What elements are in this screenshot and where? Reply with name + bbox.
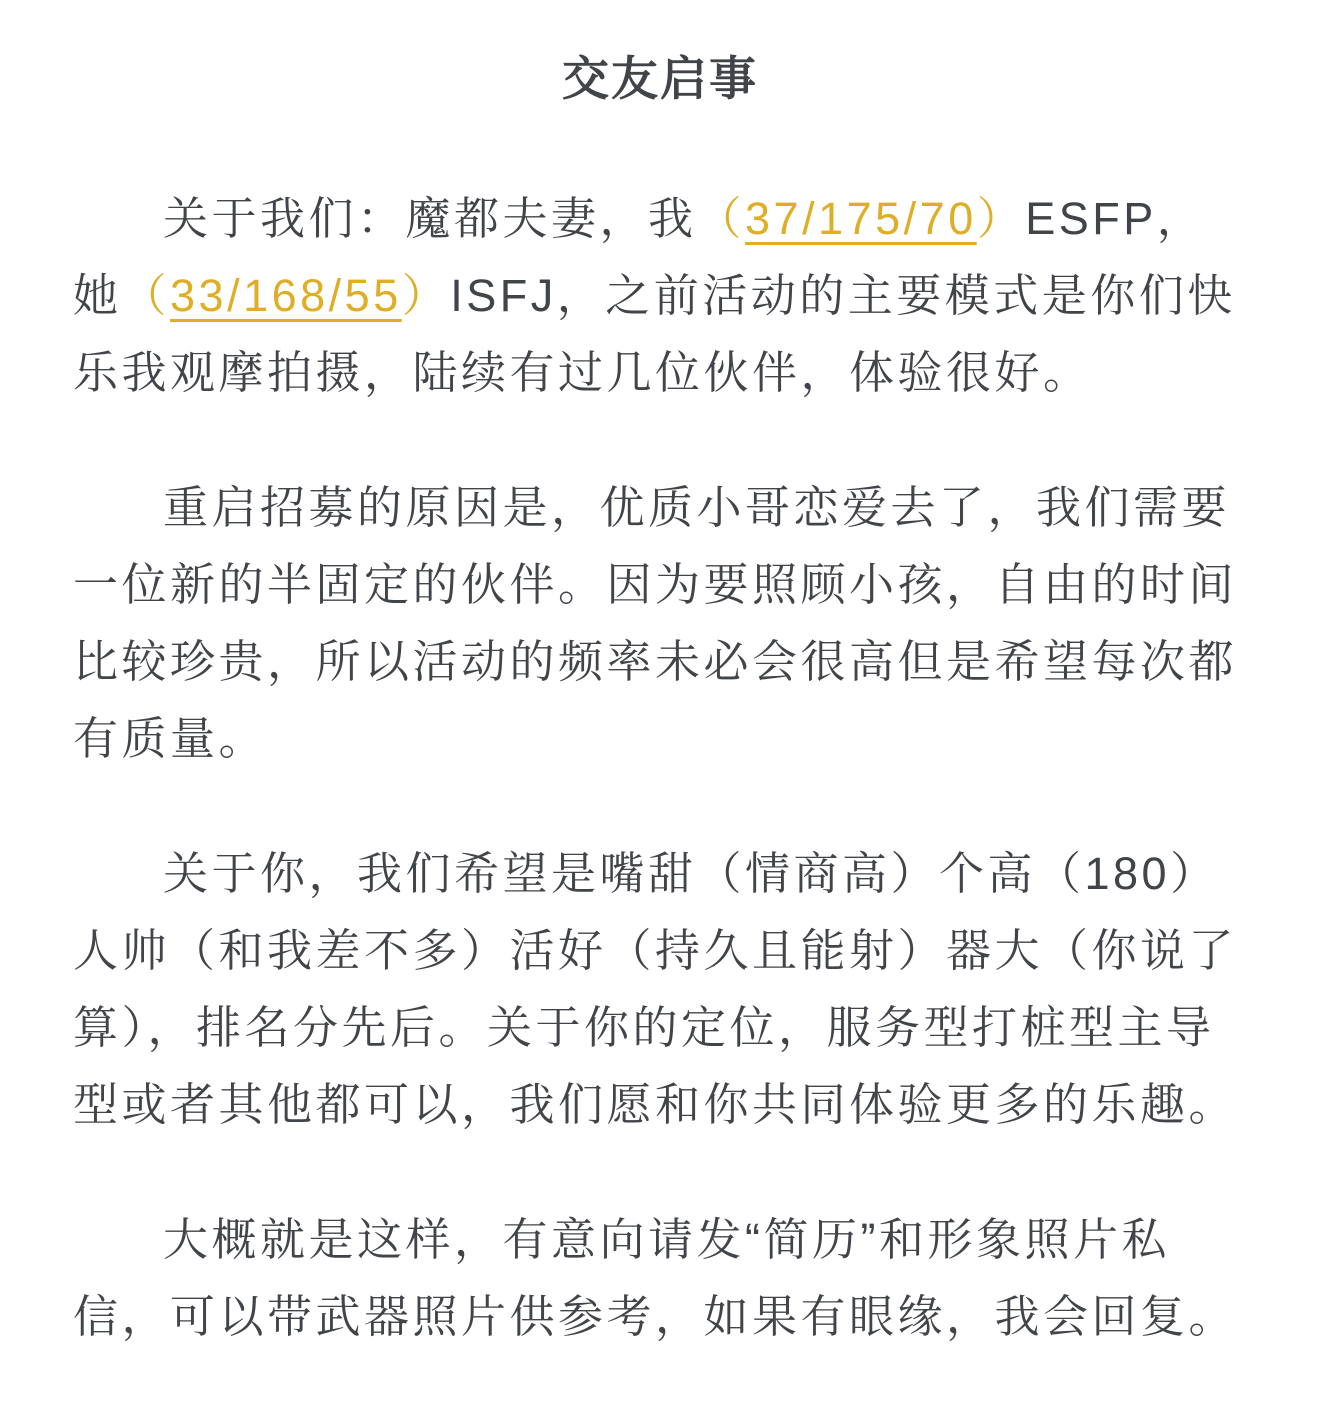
paren-close-icon: ） xyxy=(977,193,1026,244)
paren-open-icon: （ xyxy=(697,193,746,244)
page-title: 交友启事 xyxy=(73,44,1247,114)
his-stats-link[interactable]: 37/175/70 xyxy=(745,193,977,244)
her-stats-link[interactable]: 33/168/55 xyxy=(170,270,402,321)
paren-close-icon: ） xyxy=(402,270,451,321)
text-run-lead: 关于我们：魔都夫妻，我 xyxy=(163,193,697,244)
paragraph-about-you: 关于你，我们希望是嘴甜（情商高）个高（180）人帅（和我差不多）活好（持久且能射… xyxy=(73,835,1247,1143)
paragraph-recruit-reason: 重启招募的原因是，优质小哥恋爱去了，我们需要一位新的半固定的伙伴。因为要照顾小孩… xyxy=(73,469,1247,777)
paragraph-closing: 大概就是这样，有意向请发“简历”和形象照片私信，可以带武器照片供参考，如果有眼缘… xyxy=(73,1201,1247,1355)
paren-open-icon: （ xyxy=(122,270,171,321)
paragraph-about-us: 关于我们：魔都夫妻，我（37/175/70）ESFP，她（33/168/55）I… xyxy=(73,180,1247,411)
article-page: 交友启事 关于我们：魔都夫妻，我（37/175/70）ESFP，她（33/168… xyxy=(0,0,1320,1411)
